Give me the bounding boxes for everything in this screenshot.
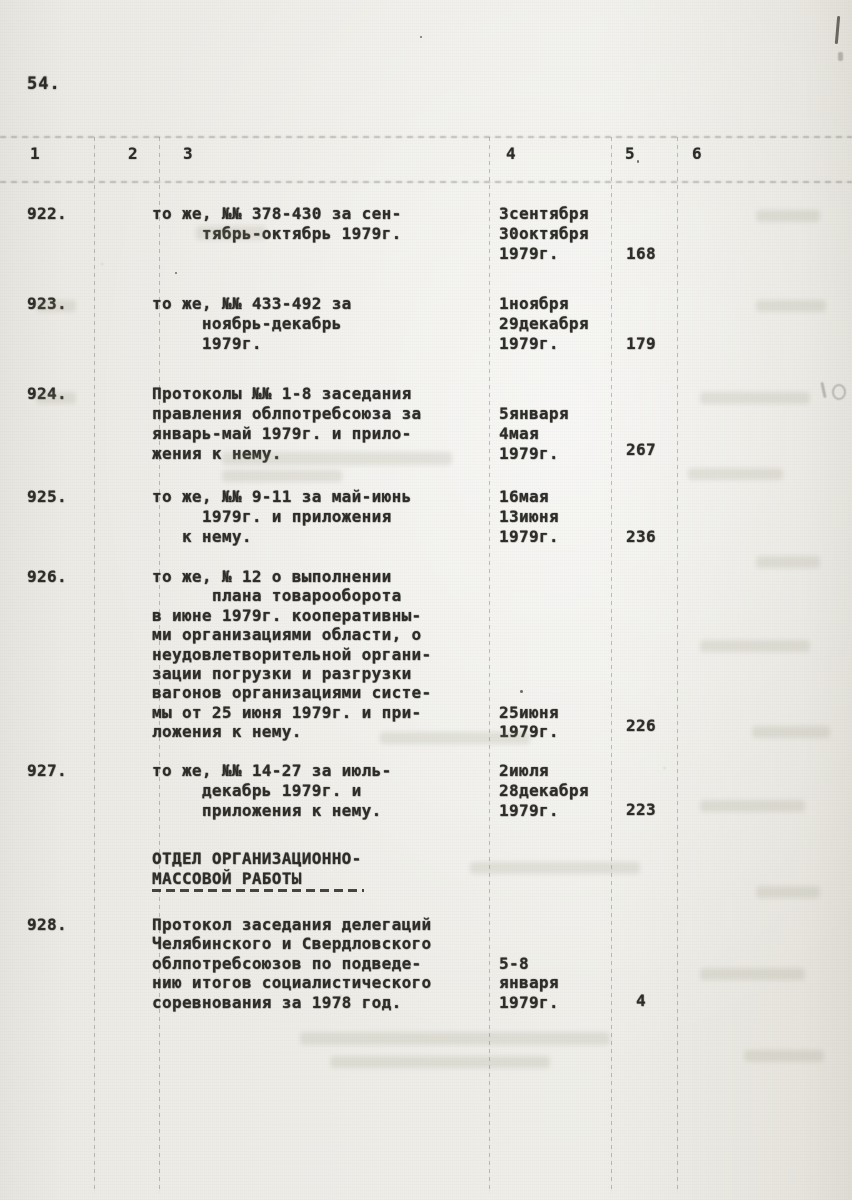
column-header-6: 6: [692, 144, 702, 163]
row-dates: 3сентября 30октября 1979г.: [499, 204, 589, 264]
section-header: ОТДЕЛ ОРГАНИЗАЦИОННО- МАССОВОЙ РАБОТЫ: [152, 849, 362, 889]
row-dates: 16мая 13июня 1979г.: [499, 487, 559, 547]
page-number: 54.: [27, 74, 61, 94]
row-dates: 1ноября 29декабря 1979г.: [499, 294, 589, 354]
row-description: Протокол заседания делегаций Челябинског…: [152, 915, 432, 1012]
row-page-count: 267: [608, 440, 674, 460]
ink-speck: [520, 690, 523, 693]
row-number: 923.: [27, 294, 67, 314]
vertical-rule: [489, 137, 490, 1193]
bleed-through-mark: [700, 640, 810, 652]
bleed-through-mark: [700, 968, 805, 980]
bleed-through-mark: [700, 392, 810, 404]
vertical-rule: [677, 137, 678, 1193]
row-page-count: 226: [608, 716, 674, 736]
ink-speck: [420, 36, 422, 38]
bleed-through-mark: [222, 470, 342, 482]
bleed-through-mark: [756, 556, 820, 568]
bleed-through-mark: [300, 1032, 610, 1045]
bleed-through-mark: [688, 468, 783, 480]
section-header-underline: [152, 889, 364, 892]
column-header-2: 2: [128, 144, 138, 163]
bleed-through-mark: [744, 1050, 824, 1062]
vertical-rule: [94, 137, 95, 1193]
row-page-count: 223: [608, 800, 674, 820]
pencil-mark: [832, 384, 846, 400]
row-number: 928.: [27, 915, 67, 935]
bleed-through-mark: [700, 800, 805, 812]
horizontal-rule: [0, 181, 852, 183]
row-dates: 25июня 1979г.: [499, 703, 559, 742]
pencil-mark: [838, 52, 843, 61]
vertical-rule: [611, 137, 612, 1193]
pencil-mark: [835, 16, 840, 44]
row-dates: 5января 4мая 1979г.: [499, 404, 569, 464]
row-description: Протоколы №№ 1-8 заседания правления обл…: [152, 384, 422, 464]
row-number: 925.: [27, 487, 67, 507]
row-number: 927.: [27, 761, 67, 781]
ink-speck: [637, 160, 639, 163]
row-dates: 2июля 28декабря 1979г.: [499, 761, 589, 821]
row-page-count: 4: [608, 991, 674, 1011]
row-number: 926.: [27, 567, 67, 587]
bleed-through-mark: [756, 886, 820, 898]
bleed-through-mark: [752, 726, 830, 738]
column-header-5: 5: [625, 144, 635, 163]
scanned-document-page: 54. 1 2 3 4 5 6 922. то же, №№ 378-430 з…: [0, 0, 852, 1200]
pencil-mark: [820, 382, 826, 398]
row-page-count: 168: [608, 244, 674, 264]
row-page-count: 236: [608, 527, 674, 547]
row-description: то же, №№ 433-492 за ноябрь-декабрь 1979…: [152, 294, 352, 354]
row-page-count: 179: [608, 334, 674, 354]
row-description: то же, №№ 9-11 за май-июнь 1979г. и прил…: [152, 487, 412, 547]
column-header-3: 3: [183, 144, 193, 163]
row-description: то же, №№ 378-430 за сен- тябрь-октябрь …: [152, 204, 402, 244]
ink-speck: [175, 272, 177, 274]
row-description: то же, № 12 о выполнении плана товарообо…: [152, 567, 432, 742]
row-description: то же, №№ 14-27 за июль- декабрь 1979г. …: [152, 761, 392, 821]
row-dates: 5-8 января 1979г.: [499, 954, 559, 1012]
row-number: 922.: [27, 204, 67, 224]
row-number: 924.: [27, 384, 67, 404]
column-header-4: 4: [506, 144, 516, 163]
column-header-1: 1: [30, 144, 40, 163]
bleed-through-mark: [330, 1056, 550, 1068]
bleed-through-mark: [756, 300, 826, 312]
horizontal-rule: [0, 136, 852, 138]
bleed-through-mark: [756, 210, 820, 222]
bleed-through-mark: [470, 862, 640, 874]
